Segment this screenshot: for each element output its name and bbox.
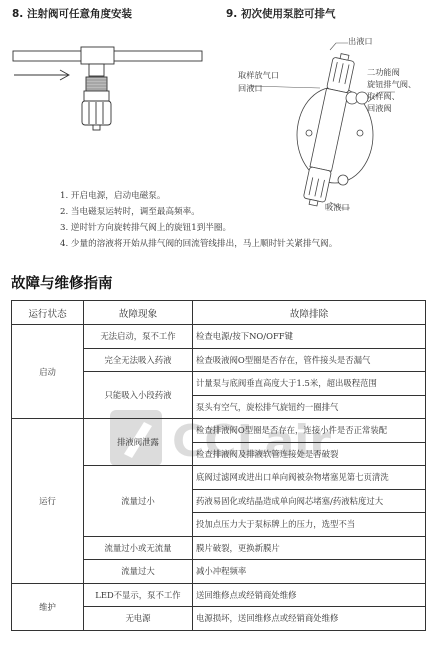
state-running: 运行 [12, 419, 84, 584]
fix-cell: 计量泵与底阀垂直高度大于1.5米，超出吸程范围 [193, 372, 426, 396]
table-row: 启动 无法启动，泵不工作 检查电源/按下NO/OFF键 [12, 325, 426, 349]
symptom-cell: 流量过大 [84, 560, 193, 584]
fix-cell: 减小冲程频率 [193, 560, 426, 584]
fix-cell: 泵头有空气，旋松排气旋钮约一圈排气 [193, 395, 426, 419]
fix-cell: 膜片破裂，更换新膜片 [193, 536, 426, 560]
symptom-cell: 排液阀泄露 [84, 419, 193, 466]
section-8-title: 8. 注射阀可任意角度安装 [12, 6, 132, 21]
pipe-left [13, 51, 82, 61]
label-vent-knob: 旋钮排气阀、 [367, 79, 416, 90]
fix-cell: 检查排液阀及排液软管连接处是否破裂 [193, 442, 426, 466]
symptom-cell: 无电源 [84, 607, 193, 631]
step-4: 4. 少量的溶液将开始从排气阀的回流管线排出，马上顺时针关紧排气阀。 [60, 236, 337, 252]
header-state: 运行状态 [12, 301, 84, 325]
step-1: 1. 开启电源，启动电磁泵。 [60, 188, 337, 204]
symptom-cell: 流量过小或无流量 [84, 536, 193, 560]
step-3: 3. 逆时针方向旋转排气阀上的旋钮1到半圈。 [60, 220, 337, 236]
fix-cell: 药液易固化或结晶造成单向阀芯堵塞/药液粘度过大 [193, 489, 426, 513]
flow-arrow-icon [14, 70, 69, 80]
symptom-cell: 完全无法吸入药液 [84, 348, 193, 372]
label-return-valve: 回液阀 [367, 103, 392, 114]
label-dual-valve: 二功能阀 [367, 67, 400, 78]
label-sampling-vent: 取样放气口 [238, 70, 279, 81]
priming-steps: 1. 开启电源，启动电磁泵。 2. 当电磁泵运转时，调至最高频率。 3. 逆时针… [60, 188, 337, 252]
fix-cell: 检查电源/按下NO/OFF键 [193, 325, 426, 349]
symptom-cell: 流量过小 [84, 466, 193, 537]
header-fix: 故障排除 [193, 301, 426, 325]
table-header-row: 运行状态 故障现象 故障排除 [12, 301, 426, 325]
table-row: 维护 LED不显示，泵不工作 送回维修点或经销商处维修 [12, 583, 426, 607]
section-9-title: 9. 初次使用泵腔可排气 [226, 6, 335, 21]
fix-cell: 检查排液阀O型圈是否存在，连接小件是否正常装配 [193, 419, 426, 443]
injection-valve-diagram [10, 40, 210, 140]
state-maintenance: 维护 [12, 583, 84, 630]
pipe-right [113, 51, 202, 61]
fix-cell: 送回维修点或经销商处维修 [193, 583, 426, 607]
troubleshooting-title: 故障与维修指南 [11, 272, 113, 293]
symptom-cell: 无法启动，泵不工作 [84, 325, 193, 349]
step-2: 2. 当电磁泵运转时，调至最高频率。 [60, 204, 337, 220]
fix-cell: 底阀过滤网或进出口单向阀被杂物堵塞见第七页清洗 [193, 466, 426, 490]
fix-cell: 电源损坏，送回维修点或经销商处维修 [193, 607, 426, 631]
fix-cell: 检查吸液阀O型圈是否存在，管件接头是否漏气 [193, 348, 426, 372]
label-outlet: 出液口 [348, 36, 373, 47]
table-row: 运行 排液阀泄露 检查排液阀O型圈是否存在，连接小件是否正常装配 [12, 419, 426, 443]
label-sampling-valve: 取样阀、 [367, 91, 400, 102]
symptom-cell: 只能吸入小段药液 [84, 372, 193, 419]
header-symptom: 故障现象 [84, 301, 193, 325]
troubleshooting-table: 运行状态 故障现象 故障排除 启动 无法启动，泵不工作 检查电源/按下NO/OF… [11, 300, 426, 631]
fix-cell: 投加点压力大于泵标牌上的压力，选型不当 [193, 513, 426, 537]
symptom-cell: LED不显示，泵不工作 [84, 583, 193, 607]
label-return-port: 回液口 [238, 83, 263, 94]
state-startup: 启动 [12, 325, 84, 419]
